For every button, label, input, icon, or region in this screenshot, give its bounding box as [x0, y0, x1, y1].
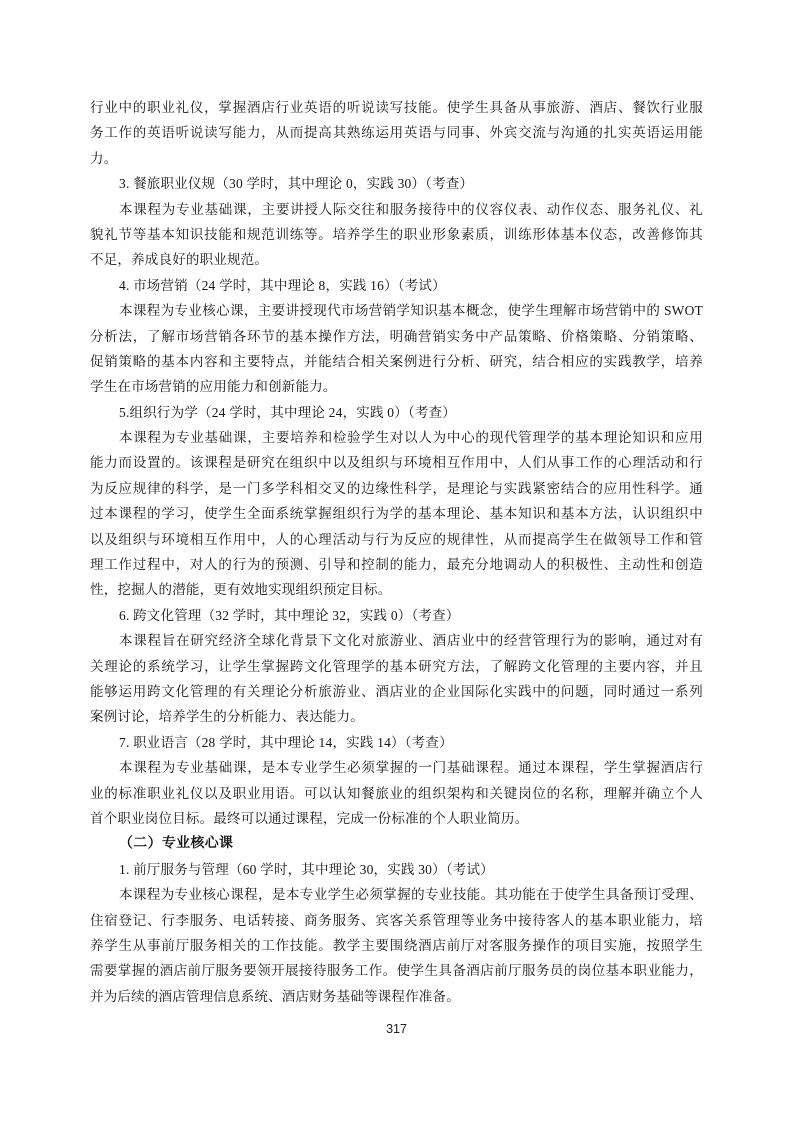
paragraph-line: 能力而设置的。该课程是研究在组织中以及组织与环境相互作用中，人们从事工作的心理活… — [90, 450, 703, 475]
course-heading-line: 6. 跨文化管理（32 学时，其中理论 32，实践 0）（考查） — [90, 603, 703, 628]
paragraph: 本课程为专业核心课，主要讲授现代市场营销学知识基本概念，使学生理解市场营销中的 … — [90, 298, 703, 400]
course-heading-line: 7. 职业语言（28 学时，其中理论 14，实践 14）（考查） — [90, 730, 703, 755]
course-heading: 3. 餐旅职业仪规（30 学时，其中理论 0，实践 30）（考查） — [90, 171, 703, 196]
page-number: 317 — [0, 1022, 793, 1036]
paragraph-line: 业的标准职业礼仪以及职业用语。可以认知餐旅业的组织架构和关键岗位的名称，理解并确… — [90, 781, 703, 806]
paragraph-line: 貌礼节等基本知识技能和规范训练等。培养学生的职业形象素质，训练形体基本仪态，改善… — [90, 222, 703, 247]
paragraph: 本课程为专业基础课，是本专业学生必须掌握的一门基础课程。通过本课程，学生掌握酒店… — [90, 755, 703, 831]
section-heading: （二）专业核心课 — [90, 831, 703, 856]
paragraph-line: 分析法，了解市场营销各环节的基本操作方法，明确营销实务中产品策略、价格策略、分销… — [90, 324, 703, 349]
paragraph-line: 本课程为专业核心课，主要讲授现代市场营销学知识基本概念，使学生理解市场营销中的 … — [90, 298, 703, 323]
paragraph-line: 为反应规律的科学，是一门多学科相交叉的边缘性科学，是理论与实践紧密结合的应用性科… — [90, 476, 703, 501]
course-heading-line: 3. 餐旅职业仪规（30 学时，其中理论 0，实践 30）（考查） — [90, 171, 703, 196]
paragraph-continuation: 行业中的职业礼仪，掌握酒店行业英语的听说读写技能。使学生具备从事旅游、酒店、餐饮… — [90, 95, 703, 171]
paragraph-line: 理工作过程中，对人的行为的预测、引导和控制的能力，最充分地调动人的积极性、主动性… — [90, 552, 703, 577]
paragraph: 本课程为专业基础课，主要讲授人际交往和服务接待中的仪容仪表、动作仪态、服务礼仪、… — [90, 197, 703, 273]
course-heading: 7. 职业语言（28 学时，其中理论 14，实践 14）（考查） — [90, 730, 703, 755]
paragraph-line: 能够运用跨文化管理的有关理论分析旅游业、酒店业的企业国际化实践中的问题，同时通过… — [90, 679, 703, 704]
paragraph-line: 务工作的英语听说读写能力，从而提高其熟练运用英语与同事、外宾交流与沟通的扎实英语… — [90, 120, 703, 145]
paragraph-line: 养学生从事前厅服务相关的工作技能。教学主要围绕酒店前厅对客服务操作的项目实施，按… — [90, 933, 703, 958]
paragraph-line: 住宿登记、行李服务、电话转接、商务服务、宾客关系管理等业务中接待客人的基本职业能… — [90, 908, 703, 933]
paragraph-line: 本课程为专业基础课，主要培养和检验学生对以人为中心的现代管理学的基本理论知识和应… — [90, 425, 703, 450]
paragraph: 本课程旨在研究经济全球化背景下文化对旅游业、酒店业中的经营管理行为的影响，通过对… — [90, 628, 703, 730]
course-heading: 4. 市场营销（24 学时，其中理论 8，实践 16）（考试） — [90, 273, 703, 298]
course-heading-line: 1. 前厅服务与管理（60 学时，其中理论 30，实践 30）（考试） — [90, 857, 703, 882]
course-heading: 5.组织行为学（24 学时，其中理论 24，实践 0）（考查） — [90, 400, 703, 425]
section-heading-line: （二）专业核心课 — [90, 831, 703, 856]
course-heading: 1. 前厅服务与管理（60 学时，其中理论 30，实践 30）（考试） — [90, 857, 703, 882]
paragraph-line: 关理论的系统学习，让学生掌握跨文化管理学的基本研究方法，了解跨文化管理的主要内容… — [90, 654, 703, 679]
paragraph: 本课程为专业基础课，主要培养和检验学生对以人为中心的现代管理学的基本理论知识和应… — [90, 425, 703, 603]
paragraph-line: 本课程为专业核心课程，是本专业学生必须掌握的专业技能。其功能在于使学生具备预订受… — [90, 882, 703, 907]
paragraph-line: 案例讨论，培养学生的分析能力、表达能力。 — [90, 704, 703, 729]
paragraph-line: 过本课程的学习，使学生全面系统掌握组织行为学的基本理论、基本知识和基本方法，认识… — [90, 501, 703, 526]
paragraph-line: 以及组织与环境相互作用中，人的心理活动与行为反应的规律性，从而提高学生在做领导工… — [90, 527, 703, 552]
text-block: 行业中的职业礼仪，掌握酒店行业英语的听说读写技能。使学生具备从事旅游、酒店、餐饮… — [90, 95, 703, 1009]
paragraph-line: 促销策略的基本内容和主要特点，并能结合相关案例进行分析、研究，结合相应的实践教学… — [90, 349, 703, 374]
paragraph-line: 力。 — [90, 146, 703, 171]
paragraph-line: 本课程旨在研究经济全球化背景下文化对旅游业、酒店业中的经营管理行为的影响，通过对… — [90, 628, 703, 653]
paragraph-line: 学生在市场营销的应用能力和创新能力。 — [90, 374, 703, 399]
paragraph-line: 本课程为专业基础课，主要讲授人际交往和服务接待中的仪容仪表、动作仪态、服务礼仪、… — [90, 197, 703, 222]
paragraph-line: 本课程为专业基础课，是本专业学生必须掌握的一门基础课程。通过本课程，学生掌握酒店… — [90, 755, 703, 780]
paragraph: 本课程为专业核心课程，是本专业学生必须掌握的专业技能。其功能在于使学生具备预订受… — [90, 882, 703, 1009]
course-heading-line: 5.组织行为学（24 学时，其中理论 24，实践 0）（考查） — [90, 400, 703, 425]
paragraph-line: 首个职业岗位目标。最终可以通过课程，完成一份标准的个人职业简历。 — [90, 806, 703, 831]
course-heading: 6. 跨文化管理（32 学时，其中理论 32，实践 0）（考查） — [90, 603, 703, 628]
paragraph-line: 需要掌握的酒店前厅服务要领开展接待服务工作。使学生具备酒店前厅服务员的岗位基本职… — [90, 958, 703, 983]
paragraph-line: 行业中的职业礼仪，掌握酒店行业英语的听说读写技能。使学生具备从事旅游、酒店、餐饮… — [90, 95, 703, 120]
paragraph-line: 并为后续的酒店管理信息系统、酒店财务基础等课程作准备。 — [90, 984, 703, 1009]
course-heading-line: 4. 市场营销（24 学时，其中理论 8，实践 16）（考试） — [90, 273, 703, 298]
document-page: 行业中的职业礼仪，掌握酒店行业英语的听说读写技能。使学生具备从事旅游、酒店、餐饮… — [0, 0, 793, 1122]
paragraph-line: 性，挖掘人的潜能，更有效地实现组织预定目标。 — [90, 577, 703, 602]
paragraph-line: 不足，养成良好的职业规范。 — [90, 247, 703, 272]
